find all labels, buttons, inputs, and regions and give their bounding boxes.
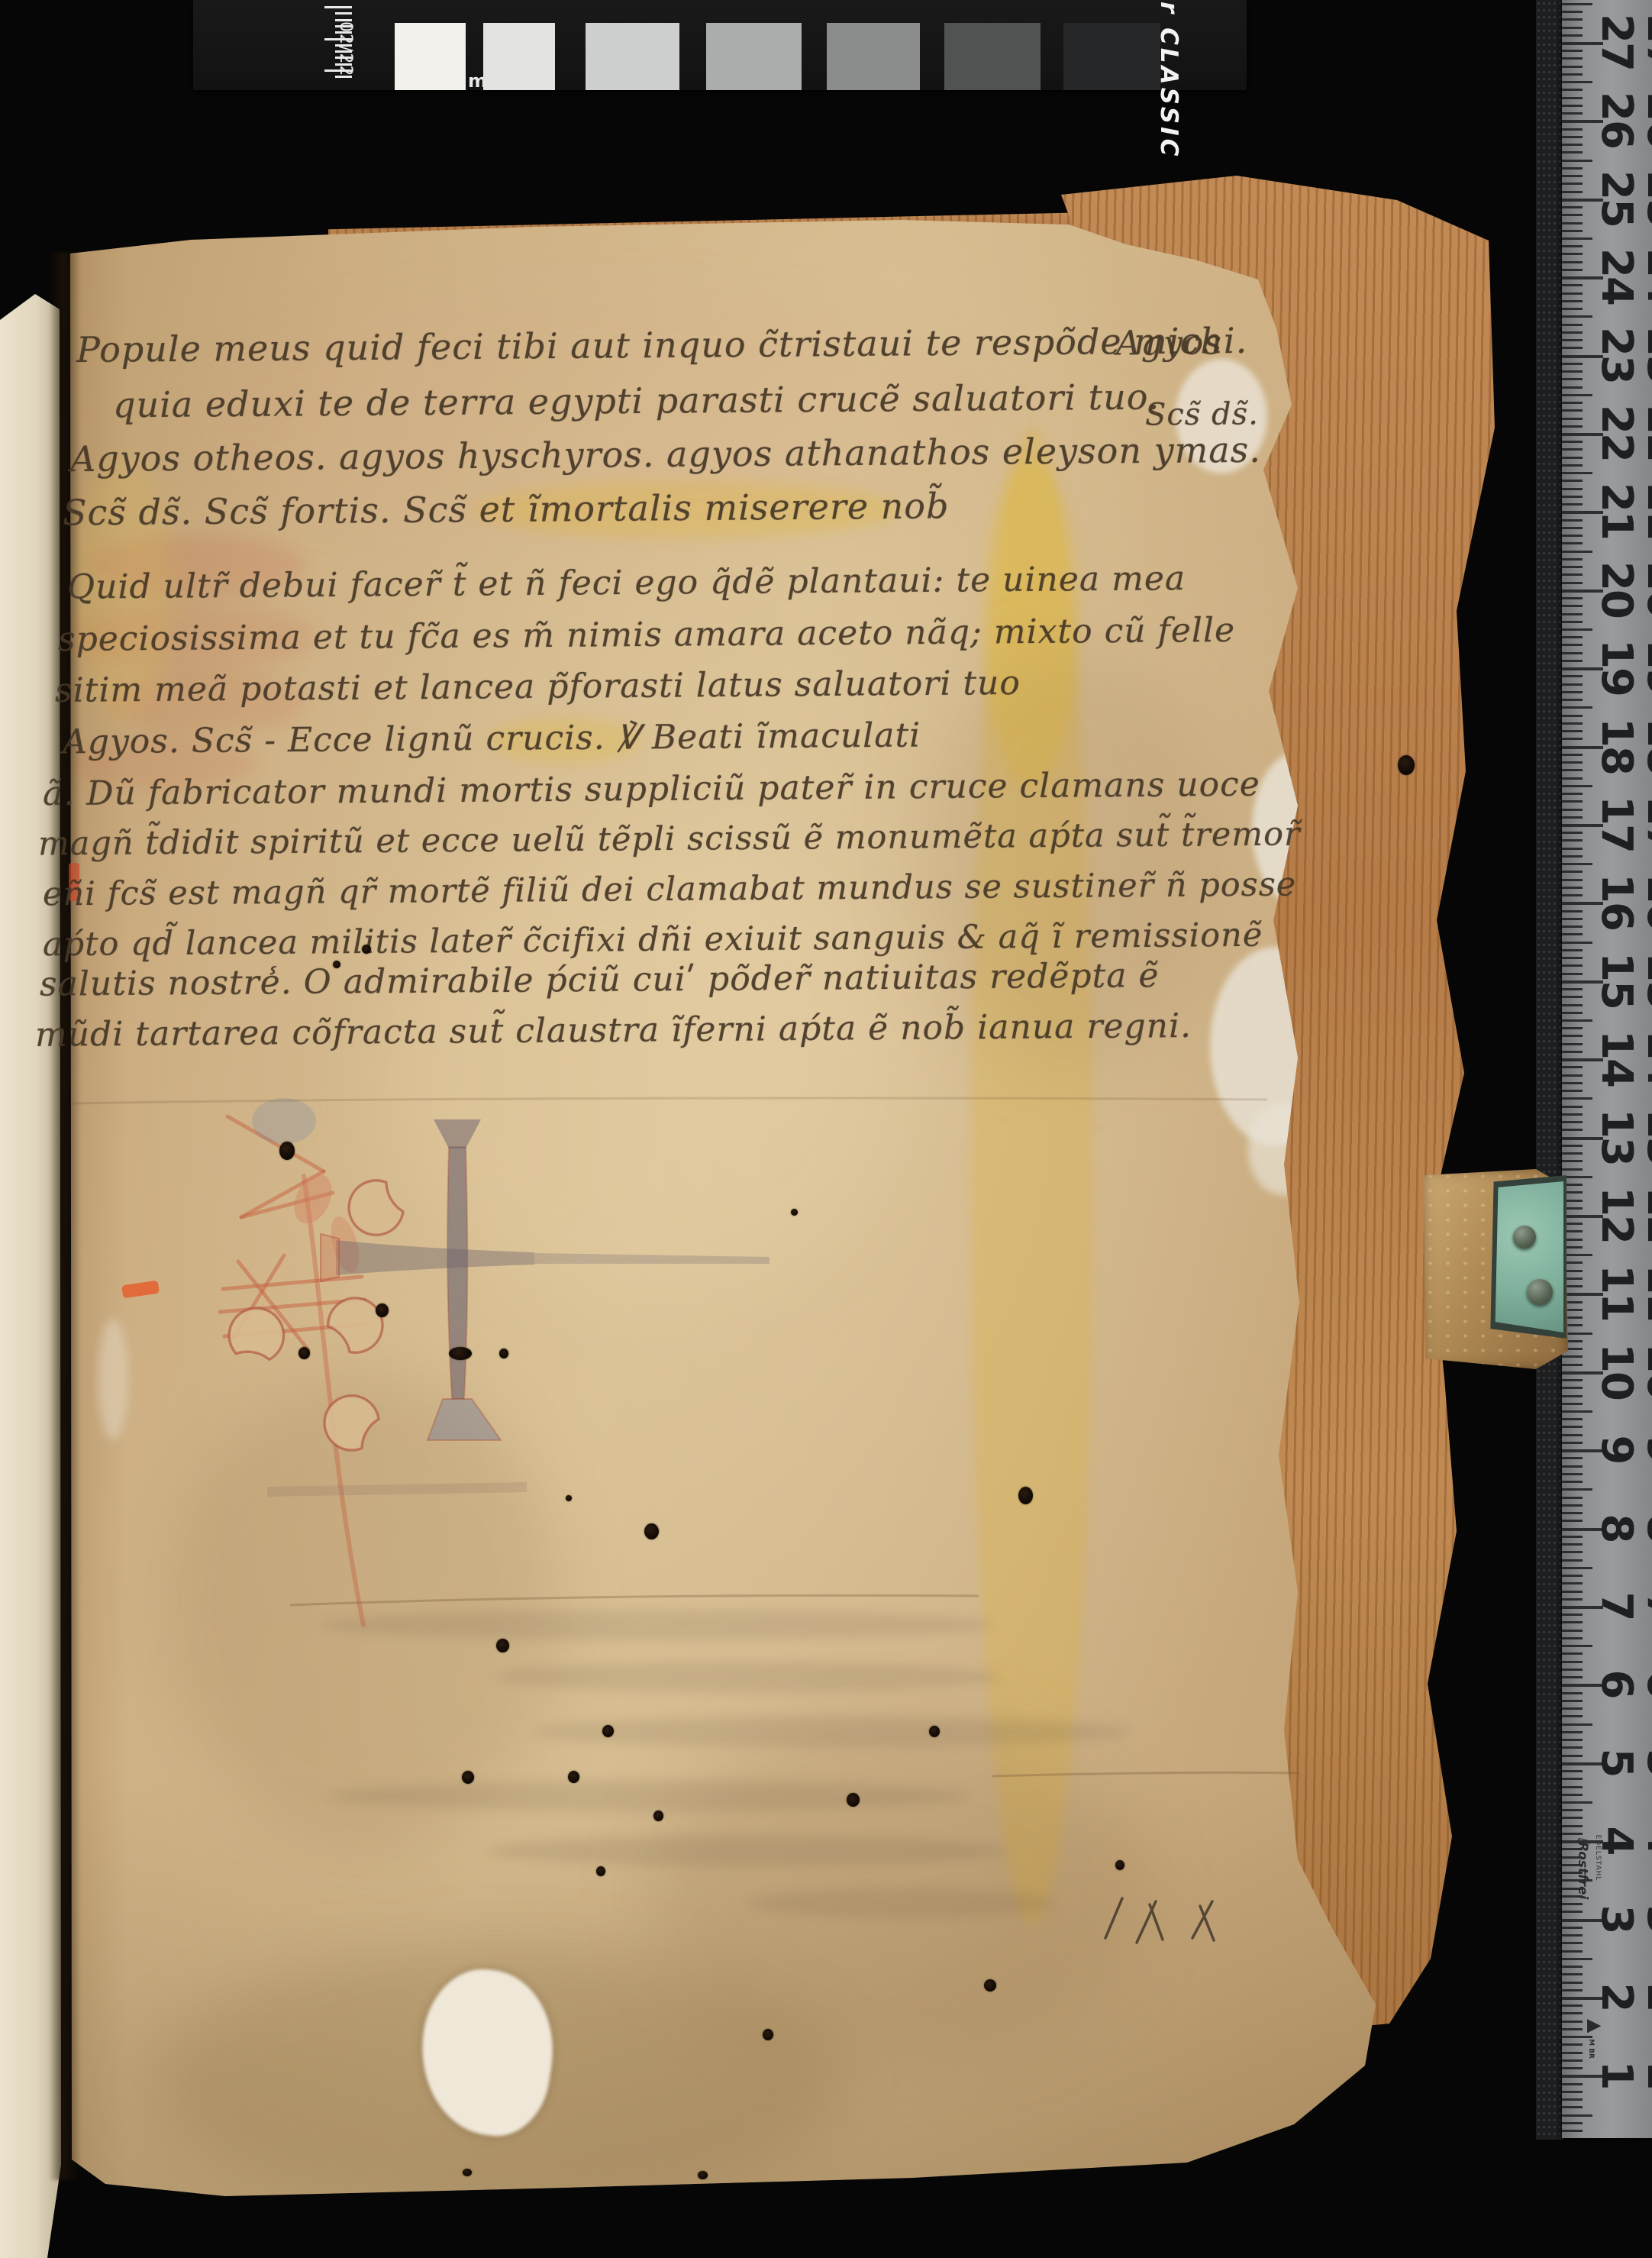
ruler-number: 22 — [1592, 409, 1641, 457]
ruler-mm-tick — [1562, 1582, 1583, 1584]
ruler-mm-tick — [1562, 245, 1583, 247]
ruler-mm-tick — [1562, 957, 1583, 959]
ruler-mm-tick — [1562, 558, 1583, 560]
ruler-mm-tick — [1562, 11, 1583, 13]
ruler-mm-tick — [1562, 3, 1592, 5]
calibration-mm-tick — [335, 25, 352, 27]
ruler-mm-tick — [1562, 1801, 1592, 1804]
ruler-number-edge: 24 — [1638, 252, 1652, 301]
ruler-mm-tick — [1562, 1825, 1583, 1827]
ruler-mm-tick — [1562, 97, 1583, 99]
ruler-mm-tick — [1562, 1434, 1583, 1436]
ruler-mm-tick — [1562, 66, 1583, 68]
ruler-number-edge: 10 — [1638, 1347, 1652, 1396]
ruler-mm-tick — [1562, 1621, 1583, 1623]
ruler-number-edge: 19 — [1638, 643, 1652, 692]
ruler-mm-tick — [1562, 715, 1583, 717]
ruler-mm-tick — [1562, 816, 1583, 819]
color-calibration-strip: 02/22 m r CLASSIC — [193, 0, 1247, 90]
stamp-line1: EDELSTAHL — [1594, 1829, 1602, 1887]
ruler-mm-tick — [1562, 2043, 1583, 2046]
ruler-mm-tick — [1562, 1614, 1583, 1616]
ruler-mm-tick — [1562, 1035, 1583, 1037]
ruler-mm-tick — [1562, 1457, 1583, 1459]
ruler-brand-text: M BR — [1587, 2039, 1595, 2059]
ruler-mm-tick — [1562, 292, 1583, 295]
ruler-mm-tick — [1562, 910, 1583, 913]
ruler-number-edge: 7 — [1638, 1581, 1652, 1630]
ruler-mm-tick — [1562, 300, 1583, 302]
ruler-number-edge: 26 — [1638, 95, 1652, 144]
ruler-mm-tick — [1562, 2028, 1583, 2030]
ruler-mm-tick — [1562, 1700, 1583, 1702]
ruler-number: 8 — [1592, 1504, 1641, 1552]
ruler-mm-tick — [1562, 777, 1583, 780]
ruler-mm-tick — [1562, 183, 1583, 185]
ruler-mm-tick — [1562, 1418, 1583, 1420]
ruler-mm-tick — [1562, 1661, 1583, 1663]
ruler-mm-tick — [1562, 151, 1583, 153]
ruler-mm-tick — [1562, 863, 1592, 865]
ruler-number: 13 — [1592, 1113, 1641, 1161]
stain-blob — [191, 290, 992, 542]
ruler-number: 15 — [1592, 956, 1641, 1005]
ruler-mm-tick — [1562, 769, 1583, 771]
ruler-mm-tick — [1562, 1982, 1583, 1984]
ruler-mm-tick — [1562, 1942, 1583, 1944]
ruler-mm-tick — [1562, 2114, 1592, 2117]
ruler-mm-tick — [1562, 1403, 1583, 1405]
ruler-number: 3 — [1592, 1895, 1641, 1943]
ruler-mm-tick — [1562, 1543, 1583, 1546]
stain-blob — [489, 1836, 1008, 1866]
ruler-mm-tick — [1562, 542, 1583, 544]
ruler-mm-tick — [1562, 27, 1583, 29]
ruler-mm-tick — [1562, 605, 1583, 607]
ruler-mm-tick — [1562, 112, 1583, 115]
ruler-mm-tick — [1562, 683, 1583, 686]
ruler-mm-tick — [1562, 1145, 1583, 1147]
gray-patch — [395, 23, 466, 90]
ruler-mm-tick — [1562, 551, 1592, 553]
ruler-mm-tick — [1562, 370, 1583, 373]
stain-blob — [489, 718, 641, 764]
ruler-mm-tick — [1562, 1934, 1583, 1937]
ruler-mm-tick — [1562, 722, 1583, 725]
ruler-number-edge: 25 — [1638, 174, 1652, 223]
ruler-number-edge: 21 — [1638, 486, 1652, 535]
ruler-mm-tick — [1562, 2083, 1583, 2085]
ruler-number-edge: 8 — [1638, 1504, 1652, 1552]
ruler-mm-tick — [1562, 1755, 1583, 1757]
ruler-number-edge: 6 — [1638, 1659, 1652, 1708]
ruler-mm-tick — [1562, 879, 1583, 881]
ruler-mm-tick — [1562, 1106, 1583, 1108]
ruler-mm-tick — [1562, 1770, 1583, 1772]
ruler-number: 2 — [1592, 1972, 1641, 2021]
ruler-mm-tick — [1562, 160, 1592, 162]
ruler-mm-tick — [1562, 496, 1583, 498]
gray-patch — [1063, 23, 1160, 90]
stain-blob — [98, 1318, 128, 1440]
ruler-mm-tick — [1562, 1410, 1592, 1413]
ruler-number: 19 — [1592, 643, 1641, 692]
ruler-mm-tick — [1562, 1387, 1583, 1389]
gray-patch — [944, 23, 1041, 90]
ruler-mm-tick — [1562, 1567, 1592, 1569]
ruler-mm-tick — [1562, 1668, 1583, 1671]
ruler-mm-tick — [1562, 949, 1583, 951]
ruler-mm-tick — [1562, 1739, 1583, 1741]
ruler-mm-tick — [1562, 222, 1583, 225]
ruler-mm-tick — [1562, 832, 1583, 834]
ruler-mm-tick — [1562, 409, 1583, 412]
ruler-number-edge: 27 — [1638, 18, 1652, 66]
ruler-mm-tick — [1562, 472, 1592, 474]
ruler-mm-tick — [1562, 597, 1583, 599]
clasp-verdigris-plate — [1492, 1181, 1563, 1333]
ruler-mm-tick — [1562, 347, 1583, 349]
ruler-mm-tick — [1562, 331, 1583, 334]
ruler-mm-tick — [1562, 2012, 1583, 2014]
ruler-mm-tick — [1562, 1442, 1583, 1444]
ruler-mm-tick — [1562, 1395, 1583, 1397]
ruler-number-edge: 11 — [1638, 1268, 1652, 1317]
ruler-mm-tick — [1562, 1559, 1583, 1562]
clasp-rivet — [1527, 1279, 1553, 1305]
ruler-mm-tick — [1562, 1488, 1592, 1491]
foam-book-support-edge — [1536, 0, 1563, 2140]
ruler-mm-tick — [1562, 57, 1583, 60]
ruler-mm-tick — [1562, 214, 1583, 216]
ruler-mm-tick — [1562, 105, 1583, 107]
calibration-mm-tick — [335, 63, 352, 66]
ruler-mm-tick — [1562, 1512, 1583, 1514]
stain-blob — [748, 1888, 1053, 1918]
ruler-mm-tick — [1562, 386, 1583, 389]
ruler-number: 20 — [1592, 565, 1641, 614]
ruler-rostfrei-stamp: EDELSTAHL〔Rostfrei — [1575, 1829, 1602, 1887]
ruler-mm-tick — [1562, 942, 1592, 944]
ruler-mm-tick — [1562, 730, 1583, 732]
ruler-mm-tick — [1562, 253, 1583, 255]
ruler-number-edge: 23 — [1638, 331, 1652, 380]
ruler-mm-tick — [1562, 2004, 1583, 2007]
ruler-number: 25 — [1592, 174, 1641, 223]
book-clasp — [1420, 1149, 1573, 1378]
ruler-mm-tick — [1562, 1481, 1583, 1483]
ruler-mm-tick — [1562, 1692, 1583, 1694]
ruler-mm-tick — [1562, 848, 1583, 850]
ruler-mm-tick — [1562, 1066, 1583, 1068]
ruler-mm-tick — [1562, 1903, 1583, 1905]
ruler-mm-tick — [1562, 582, 1583, 584]
ruler-mm-tick — [1562, 503, 1583, 506]
ruler-mm-tick — [1562, 308, 1583, 310]
stain-blob — [534, 1717, 1130, 1747]
stain-blob — [321, 1610, 992, 1640]
ruler-mm-tick — [1562, 324, 1583, 326]
calibration-mm-tick — [335, 31, 352, 34]
calibration-mm-tick — [335, 76, 352, 78]
ruler-number: 5 — [1592, 1738, 1641, 1787]
ruler-mm-tick — [1562, 809, 1583, 811]
ruler-mm-tick — [1562, 89, 1583, 91]
ruler-mm-tick — [1562, 2067, 1583, 2069]
ruler-mm-tick — [1562, 660, 1583, 662]
ruler-mm-tick — [1562, 1645, 1592, 1647]
ruler-mm-tick — [1562, 1113, 1583, 1116]
ruler-mm-tick — [1562, 1809, 1583, 1811]
ruler-mm-tick — [1562, 1786, 1583, 1788]
ruler-mm-tick — [1562, 566, 1583, 568]
ruler-number-edge: 5 — [1638, 1738, 1652, 1787]
ruler-mm-tick — [1562, 191, 1583, 193]
ruler-number: 26 — [1592, 95, 1641, 144]
ruler-number-edge: 14 — [1638, 1034, 1652, 1083]
ruler-mm-tick — [1562, 1536, 1583, 1538]
ruler-mm-tick — [1562, 1715, 1583, 1717]
ruler-mm-tick — [1562, 839, 1583, 842]
ruler-mm-tick — [1562, 34, 1583, 37]
stain-blob — [73, 737, 256, 790]
ruler-number-edge: 1 — [1638, 2050, 1652, 2099]
ruler-mm-tick — [1562, 425, 1583, 428]
stain-blob — [496, 1662, 1000, 1692]
ruler-mm-tick — [1562, 230, 1583, 232]
ruler-number: 17 — [1592, 800, 1641, 848]
ruler-mm-tick — [1562, 206, 1583, 208]
clasp-rivet — [1513, 1226, 1536, 1249]
ruler-mm-tick — [1562, 1012, 1583, 1014]
stain-blob — [73, 458, 172, 718]
ruler-mm-tick — [1562, 1497, 1583, 1499]
manuscript-photo-canvas: 02/22 m r CLASSIC — [0, 0, 1652, 2258]
ruler-mm-tick — [1562, 136, 1583, 138]
ruler-mm-tick — [1562, 1082, 1583, 1084]
ruler-mm-tick — [1562, 441, 1583, 443]
ruler-number: 12 — [1592, 1190, 1641, 1239]
ruler-mm-tick — [1562, 964, 1583, 967]
ruler-mm-tick — [1562, 480, 1583, 482]
stain-blob — [916, 649, 1221, 1069]
ruler-mm-tick — [1562, 1551, 1583, 1553]
calibration-mm-tick — [324, 38, 352, 40]
ruler-mm-tick — [1562, 50, 1583, 52]
ruler-mm-tick — [1562, 573, 1583, 576]
ruler-number: 7 — [1592, 1581, 1641, 1630]
ruler-mm-tick — [1562, 2059, 1583, 2062]
ruler-mm-tick — [1562, 237, 1592, 240]
ruler-mm-tick — [1562, 457, 1583, 459]
gray-patch — [706, 23, 802, 90]
ruler-number-edge: 9 — [1638, 1425, 1652, 1474]
ruler-number-edge: 2 — [1638, 1972, 1652, 2021]
ruler-mm-tick — [1562, 925, 1583, 928]
stain-blob — [382, 840, 916, 1298]
ruler-mm-tick — [1562, 1966, 1583, 1968]
ruler-mm-tick — [1562, 988, 1583, 990]
ruler-mm-tick — [1562, 1473, 1583, 1475]
ruler-number-edge: 18 — [1638, 722, 1652, 770]
ruler-mm-tick — [1562, 1090, 1583, 1092]
ruler-number-edge: 12 — [1638, 1190, 1652, 1239]
ruler-mm-tick — [1562, 973, 1583, 975]
ruler-mm-tick — [1562, 754, 1583, 756]
ruler-number-edge: 15 — [1638, 956, 1652, 1005]
ruler-number-edge: 20 — [1638, 565, 1652, 614]
ruler-mm-tick — [1562, 448, 1583, 451]
ruler-mm-tick — [1562, 691, 1583, 693]
ruler-mm-tick — [1562, 652, 1583, 654]
ruler-mm-tick — [1562, 644, 1583, 646]
ruler-mm-tick — [1562, 855, 1583, 858]
ruler-mm-tick — [1562, 2091, 1583, 2093]
ruler-mm-tick — [1562, 81, 1592, 83]
ruler-mm-tick — [1562, 402, 1583, 404]
ruler-number: 9 — [1592, 1425, 1641, 1474]
ruler-mm-tick — [1562, 887, 1583, 889]
calibration-mm-tick — [324, 6, 352, 8]
ruler-number: 6 — [1592, 1659, 1641, 1708]
ruler-mm-tick — [1562, 339, 1583, 341]
ruler-mm-tick — [1562, 394, 1592, 396]
gray-patch — [586, 23, 679, 90]
calibration-mm-tick — [335, 44, 352, 47]
calibration-mm-tick — [324, 69, 352, 72]
ruler-mm-tick — [1562, 613, 1583, 615]
ruler-mm-tick — [1562, 284, 1583, 286]
ruler-mm-tick — [1562, 793, 1583, 795]
ruler-number: 18 — [1592, 722, 1641, 770]
ruler-mm-tick — [1562, 1723, 1592, 1726]
ruler-mm-tick — [1562, 269, 1583, 271]
ruler-mm-tick — [1562, 1630, 1583, 1632]
steel-ruler: 2727262625252424232322222121202019191818… — [1562, 0, 1652, 2138]
ruler-mm-tick — [1562, 464, 1583, 467]
ruler-mm-tick — [1562, 1652, 1583, 1655]
ruler-mm-tick — [1562, 1129, 1583, 1131]
stain-blob — [328, 1781, 970, 1811]
ruler-mm-tick — [1562, 918, 1583, 920]
ruler-brand-logo: ▲ M BR — [1585, 2016, 1606, 2062]
ruler-mm-tick — [1562, 2106, 1583, 2108]
ruler-number: 23 — [1592, 331, 1641, 380]
ruler-number: 14 — [1592, 1034, 1641, 1083]
ruler-mm-tick — [1562, 1958, 1592, 1960]
ruler-mm-tick — [1562, 933, 1583, 935]
ruler-mm-tick — [1562, 261, 1583, 263]
ruler-mm-tick — [1562, 527, 1583, 529]
ruler-mm-tick — [1562, 2130, 1583, 2132]
ruler-mm-tick — [1562, 1794, 1583, 1796]
ruler-mm-tick — [1562, 519, 1583, 522]
ruler-mm-tick — [1562, 1707, 1583, 1710]
stain-blob — [1176, 359, 1267, 473]
ruler-mm-tick — [1562, 1504, 1583, 1507]
ruler-number-edge: 13 — [1638, 1113, 1652, 1161]
gutter-shadow — [49, 252, 81, 2180]
ruler-mm-tick — [1562, 535, 1583, 537]
ruler-mm-tick — [1562, 996, 1583, 998]
ruler-mm-tick — [1562, 800, 1583, 803]
ruler-number: 16 — [1592, 877, 1641, 926]
ruler-mm-tick — [1562, 488, 1583, 490]
stamp-line2: 〔Rostfrei — [1575, 1829, 1594, 1887]
ruler-number-edge: 4 — [1638, 1816, 1652, 1865]
ruler-mm-tick — [1562, 128, 1583, 131]
ruler-mm-tick — [1562, 1043, 1583, 1045]
calibration-mm-tick — [335, 57, 352, 59]
ruler-mm-tick — [1562, 628, 1592, 631]
ruler-mm-tick — [1562, 1598, 1583, 1601]
ruler-number: 24 — [1592, 252, 1641, 301]
ruler-mm-tick — [1562, 871, 1583, 873]
gray-patch — [483, 23, 555, 90]
ruler-mm-tick — [1562, 363, 1583, 365]
ruler-mm-tick — [1562, 1465, 1583, 1468]
ruler-number-edge: 22 — [1638, 409, 1652, 457]
ruler-mm-tick — [1562, 2098, 1583, 2101]
ruler-mm-tick — [1562, 1097, 1592, 1100]
ruler-mm-tick — [1562, 1121, 1583, 1123]
ruler-mm-tick — [1562, 1637, 1583, 1639]
calibration-mm-tick — [335, 19, 352, 21]
ruler-mm-tick — [1562, 418, 1583, 420]
ruler-mm-tick — [1562, 18, 1583, 21]
ruler-mm-tick — [1562, 1676, 1583, 1678]
ruler-mm-tick — [1562, 675, 1583, 677]
ruler-mm-tick — [1562, 2122, 1583, 2124]
ruler-mm-tick — [1562, 894, 1583, 896]
ruler-mm-tick — [1562, 1778, 1583, 1780]
ruler-mm-tick — [1562, 1426, 1583, 1428]
ruler-mm-tick — [1562, 1520, 1583, 1522]
ruler-number-edge: 17 — [1638, 800, 1652, 848]
gray-patch — [827, 23, 920, 90]
ruler-mm-tick — [1562, 1074, 1583, 1077]
ruler-mm-tick — [1562, 706, 1592, 709]
ruler-mm-tick — [1562, 1019, 1592, 1022]
ruler-mm-tick — [1562, 1731, 1583, 1733]
ruler-number: 11 — [1592, 1268, 1641, 1317]
ruler-mm-tick — [1562, 1950, 1583, 1953]
ruler-mm-tick — [1562, 636, 1583, 638]
ruler-mm-tick — [1562, 1911, 1583, 1913]
ruler-mm-tick — [1562, 144, 1583, 146]
ruler-mm-tick — [1562, 785, 1592, 787]
ruler-mm-tick — [1562, 1051, 1583, 1053]
ruler-number: 27 — [1592, 18, 1641, 66]
ruler-mm-tick — [1562, 1973, 1583, 1975]
ruler-mm-tick — [1562, 1379, 1583, 1381]
ruler-mm-tick — [1562, 1004, 1583, 1006]
ruler-mm-tick — [1562, 761, 1583, 764]
ruler-mm-tick — [1562, 315, 1592, 318]
ruler-mm-tick — [1562, 1027, 1583, 1029]
ruler-mm-tick — [1562, 621, 1583, 623]
ruler-number-edge: 3 — [1638, 1895, 1652, 1943]
ruler-mm-tick — [1562, 1927, 1583, 1929]
ruler-mm-tick — [1562, 1591, 1583, 1593]
ruler-mm-tick — [1562, 378, 1583, 380]
calibration-mm-tick — [335, 50, 352, 53]
ruler-mm-tick — [1562, 2052, 1583, 2054]
ruler-mm-tick — [1562, 699, 1583, 701]
ruler-mm-tick — [1562, 1746, 1583, 1749]
ruler-number-edge: 16 — [1638, 877, 1652, 926]
ruler-mm-tick — [1562, 738, 1583, 740]
